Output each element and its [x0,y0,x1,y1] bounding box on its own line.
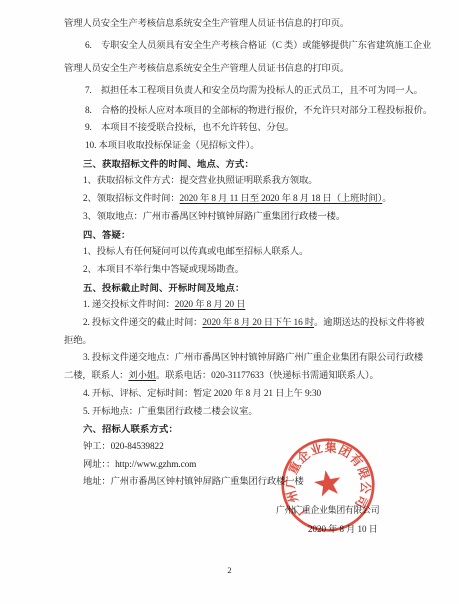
text-segment: 1. 递交投标文件时间： [83,300,175,310]
text-segment: 3、领取地点：广州市番禺区钟村镇钟屏路广重集团行政楼一楼。 [83,212,345,222]
doc-line: 管理人员安全生产考核信息系统安全生产管理人员证书信息的打印页。 [64,13,436,35]
text-segment: 3. 投标文件递交地点：广州市番禺区钟村镇钟屏路广州广重企业集团有限公司行政楼 [83,353,423,363]
text-segment: 1、获取招标文件方式：提交营业执照证明联系我方领取。 [83,176,317,186]
text-segment: 2、本项目不举行集中答疑或现场勘查。 [83,265,244,275]
text-segment: 6. 专职安全人员须具有安全生产考核合格证（C 类）或能够提供广东省建筑施工企业 [85,41,431,51]
text-segment: 1、投标人有任何疑问可以传真或电邮至招标人联系人。 [83,247,308,257]
text-segment: 10. 本项目收取投标保证金（见招标文件）。 [85,141,259,151]
doc-line: 1、获取招标文件方式：提交营业执照证明联系我方领取。 [64,173,436,191]
document-page: 管理人员安全生产考核信息系统安全生产管理人员证书信息的打印页。6. 专职安全人员… [0,0,459,604]
doc-line: 1. 递交投标文件时间：2020 年 8 月 20 日 [64,297,436,315]
text-segment: 钟工：020-84539822 [83,442,164,452]
doc-line: 管理人员安全生产考核信息系统安全生产管理人员证书信息的打印页。 [64,58,436,80]
text-segment: 网址：：http://www.gzhm.com [83,460,196,470]
text-segment: 拒绝。 [64,336,92,346]
doc-line: 4. 开标、评标、定标时间：暂定 2020 年 8 月 21 日上午 9:30 [64,386,436,404]
text-segment: 8. 合格的投标人应对本项目的全部标的物进行报价，不允许只对部分工程投标报价。 [85,106,432,116]
star-icon [312,468,343,498]
text-segment: 4. 开标、评标、定标时间：暂定 2020 年 8 月 21 日上午 9:30 [83,389,321,399]
section-heading: 五、投标截止时间、开标时间及地点： [64,280,436,298]
doc-line: 2、领取招标文件时间：2020 年 8 月 11 日至 2020 年 8 月 1… [64,191,436,209]
text-segment: 管理人员安全生产考核信息系统安全生产管理人员证书信息的打印页。 [64,19,349,29]
doc-line: 7. 拟担任本工程项目负责人和安全员均需为投标人的正式员工，且不可为同一人。 [64,80,436,102]
doc-line: 5. 开标地点：广重集团行政楼二楼会议室。 [64,404,436,422]
doc-line: 8. 合格的投标人应对本项目的全部标的物进行报价，不允许只对部分工程投标报价。 [64,103,436,121]
underlined-text: 2020 年 8 月 20 日 [175,300,246,310]
text-segment: 四、答疑： [83,230,131,240]
section-heading: 三、获取招标文件的时间、地点、方式： [64,156,436,174]
text-segment: 六、招标人联系方式： [83,424,178,434]
doc-line: 9. 本项目不接受联合投标，也不允许转包、分包。 [64,120,436,138]
underlined-text: 2020 年 8 月 20 日下午 16 时 [202,318,314,328]
doc-line: 钟工：020-84539822 [64,439,436,457]
underlined-text: 刘小姐 [128,371,156,381]
doc-line: 二楼，联系人：刘小姐。联系电话：020-31177633（快递标书需通知联系人）… [64,368,436,386]
doc-line: 拒绝。 [64,333,436,351]
text-segment: 。联系电话：020-31177633（快递标书需通知联系人）。 [156,371,379,381]
doc-line: 3、领取地点：广州市番禺区钟村镇钟屏路广重集团行政楼一楼。 [64,209,436,227]
underlined-text: 2020 年 8 月 11 日至 2020 年 8 月 18 日（上班时间） [180,194,383,204]
section-heading: 四、答疑： [64,227,436,245]
company-seal-stamp: 广州广重企业集团有限公司 [271,428,385,542]
text-segment: 2. 投标文件递交的截止时间： [83,318,202,328]
text-segment: 2、领取招标文件时间： [83,194,180,204]
doc-line: 6. 专职安全人员须具有安全生产考核合格证（C 类）或能够提供广东省建筑施工企业 [64,35,436,57]
text-segment: 。逾期送达的投标文件将被 [314,318,424,328]
text-segment: 二楼，联系人： [64,371,128,381]
doc-line: 1、投标人有任何疑问可以传真或电邮至招标人联系人。 [64,244,436,262]
text-segment: 7. 拟担任本工程项目负责人和安全员均需为投标人的正式员工，且不可为同一人。 [85,86,423,96]
document-lines: 管理人员安全生产考核信息系统安全生产管理人员证书信息的打印页。6. 专职安全人员… [64,13,436,492]
section-heading: 六、招标人联系方式： [64,421,436,439]
doc-line: 2、本项目不举行集中答疑或现场勘查。 [64,262,436,280]
doc-line: 3. 投标文件递交地点：广州市番禺区钟村镇钟屏路广州广重企业集团有限公司行政楼 [64,350,436,368]
text-segment: 三、获取招标文件的时间、地点、方式： [83,159,254,169]
page-number: 2 [0,565,459,575]
text-segment: 地址：广州市番禺区钟村镇钟屏路广重集团行政楼一楼 [83,477,304,487]
text-segment: 5. 开标地点：广重集团行政楼二楼会议室。 [83,407,258,417]
text-segment: 。 [382,194,391,204]
doc-line: 10. 本项目收取投标保证金（见招标文件）。 [64,138,436,156]
text-segment: 五、投标截止时间、开标时间及地点： [83,283,244,293]
text-segment: 管理人员安全生产考核信息系统安全生产管理人员证书信息的打印页。 [64,64,349,74]
doc-line: 2. 投标文件递交的截止时间：2020 年 8 月 20 日下午 16 时。逾期… [64,315,436,333]
text-segment: 9. 本项目不接受联合投标，也不允许转包、分包。 [85,123,294,133]
doc-line: 网址：：http://www.gzhm.com [64,457,436,475]
